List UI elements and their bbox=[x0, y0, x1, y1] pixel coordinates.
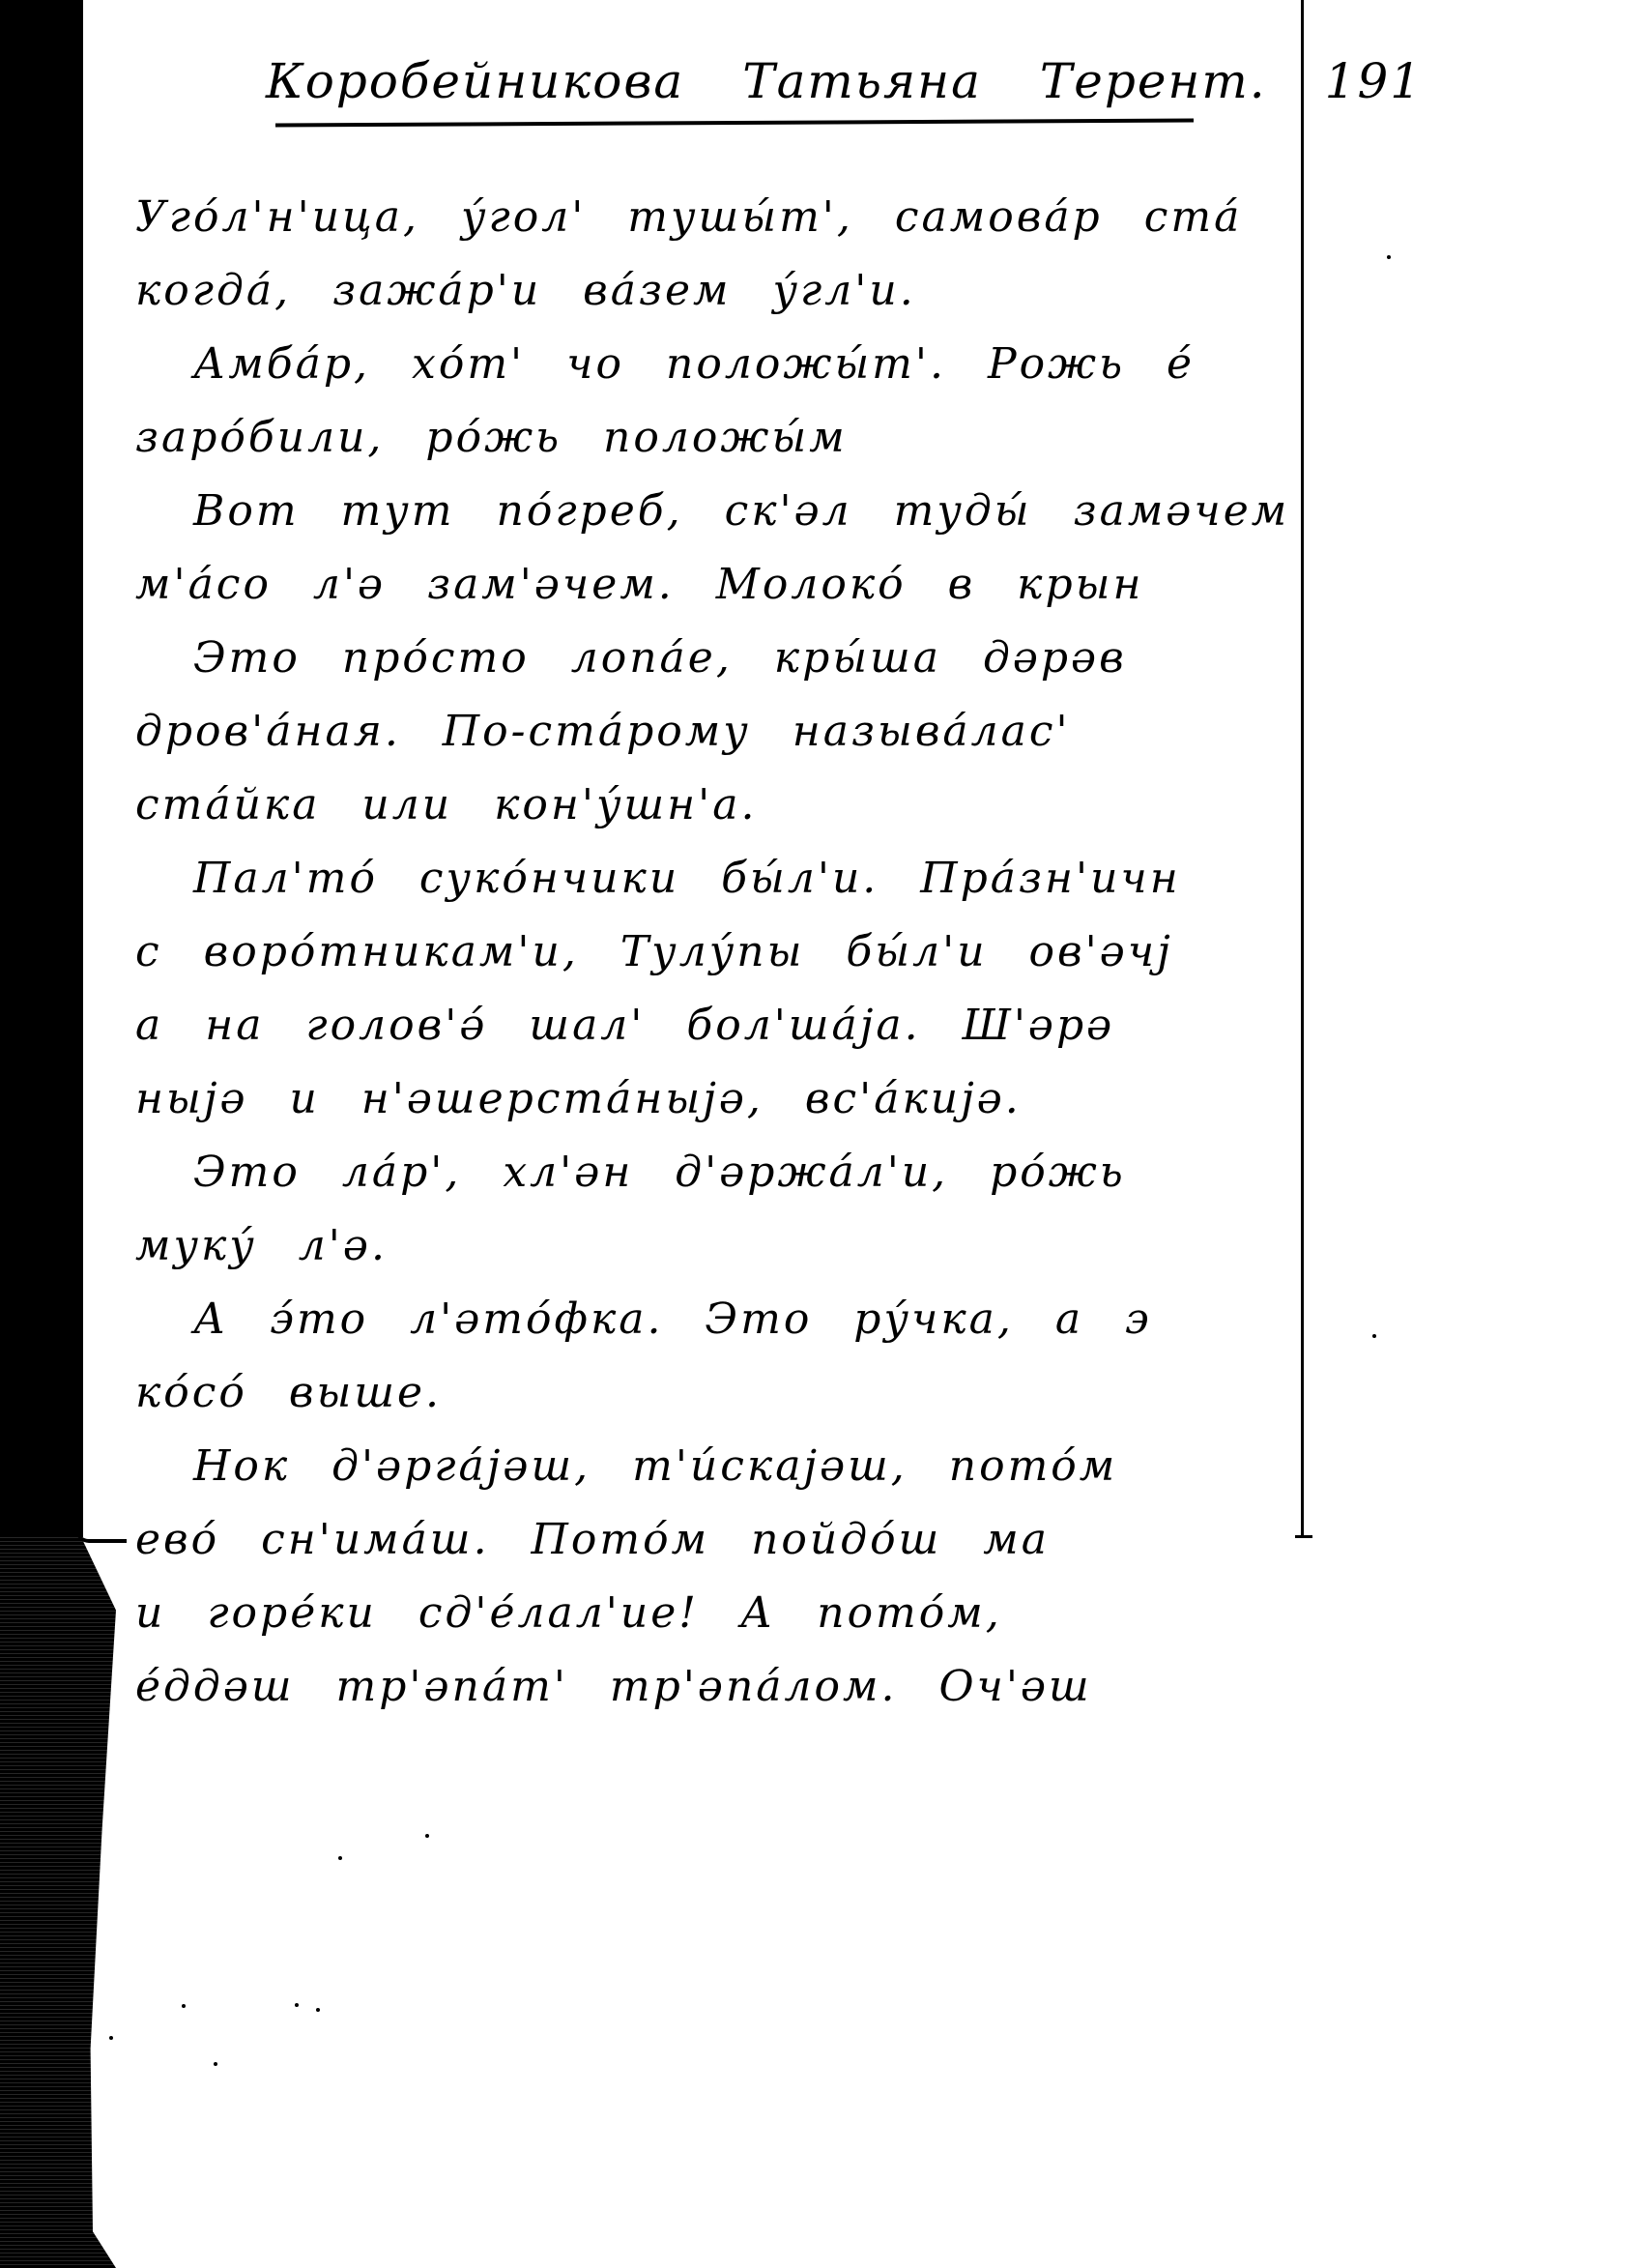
text-line: м'а́со л'ә зам'әчем. Молоко́ в крын bbox=[135, 556, 1295, 614]
text-line: когда́, зажа́р'и ва́зем у́гл'и. bbox=[135, 262, 1295, 320]
scan-speck bbox=[1387, 255, 1391, 259]
scan-speck bbox=[1372, 1334, 1376, 1338]
text-line: а на голов'ә́ шал' бол'ша́ја. Ш'әрә bbox=[135, 997, 1295, 1055]
scan-speck bbox=[316, 2008, 320, 2012]
text-line: Пал'то́ суко́нчики бы́л'и. Пра́зн'ичн bbox=[135, 850, 1295, 908]
text-line: дров'а́ная. По-ста́рому называ́лас' bbox=[135, 703, 1295, 761]
header-surname: Коробейникова bbox=[266, 53, 684, 109]
text-line: ныјә и н'әшерста́ныјә, вс'а́кијә. bbox=[135, 1070, 1295, 1128]
header-year: 191 bbox=[1325, 53, 1423, 109]
text-line: и горе́ки сд'е́лал'ие! А пото́м, bbox=[135, 1585, 1295, 1643]
text-line: ево́ сн'има́ш. Пото́м пойдо́ш ма bbox=[135, 1511, 1295, 1569]
text-line: муку́ л'ә. bbox=[135, 1217, 1295, 1275]
scan-speck bbox=[182, 2004, 186, 2008]
page-edge-right bbox=[1301, 0, 1306, 1537]
scan-speck bbox=[425, 1834, 429, 1838]
text-line: Уго́л'н'ица, у́гол' тушы́т', самова́р ст… bbox=[135, 189, 1295, 247]
scan-binding-shadow-lower bbox=[0, 1537, 116, 2268]
text-line: Это ла́р', хл'ән д'әржа́л'и, ро́жь bbox=[135, 1144, 1295, 1202]
text-line: с воро́тникам'и, Тулу́пы бы́л'и ов'әчј bbox=[135, 923, 1295, 981]
handwritten-text-body: Уго́л'н'ица, у́гол' тушы́т', самова́р ст… bbox=[135, 189, 1295, 1731]
text-line: Это про́сто лопа́е, кры́ша дәрәв bbox=[135, 629, 1295, 687]
text-line: заро́били, ро́жь положы́м bbox=[135, 409, 1295, 467]
text-line: ко́со́ выше. bbox=[135, 1364, 1295, 1422]
scan-speck bbox=[338, 1856, 342, 1860]
text-line: е́ддәш тр'әпа́т' тр'әпа́лом. Оч'әш bbox=[135, 1658, 1295, 1716]
scan-speck bbox=[109, 2036, 113, 2040]
scan-speck bbox=[295, 2003, 299, 2007]
header-given-name: Татьяна bbox=[742, 53, 982, 109]
scan-binding-shadow bbox=[0, 0, 83, 1537]
text-line: Амба́р, хо́т' чо положы́т'. Рожь е́ bbox=[135, 335, 1295, 393]
text-line: А э́то л'әто́фка. Это ру́чка, а э bbox=[135, 1291, 1295, 1349]
scan-speck bbox=[214, 2062, 217, 2066]
text-line: ста́йка или кон'у́шн'а. bbox=[135, 776, 1295, 834]
header-patronymic: Терент. bbox=[1040, 53, 1267, 109]
header-text: Коробейникова Татьяна Терент. 191 bbox=[266, 53, 1281, 109]
text-line: Нок д'әрга́јәш, т'и́скајәш, пото́м bbox=[135, 1438, 1295, 1496]
text-line: Вот тут по́греб, ск'әл туды́ замәчем bbox=[135, 482, 1295, 540]
